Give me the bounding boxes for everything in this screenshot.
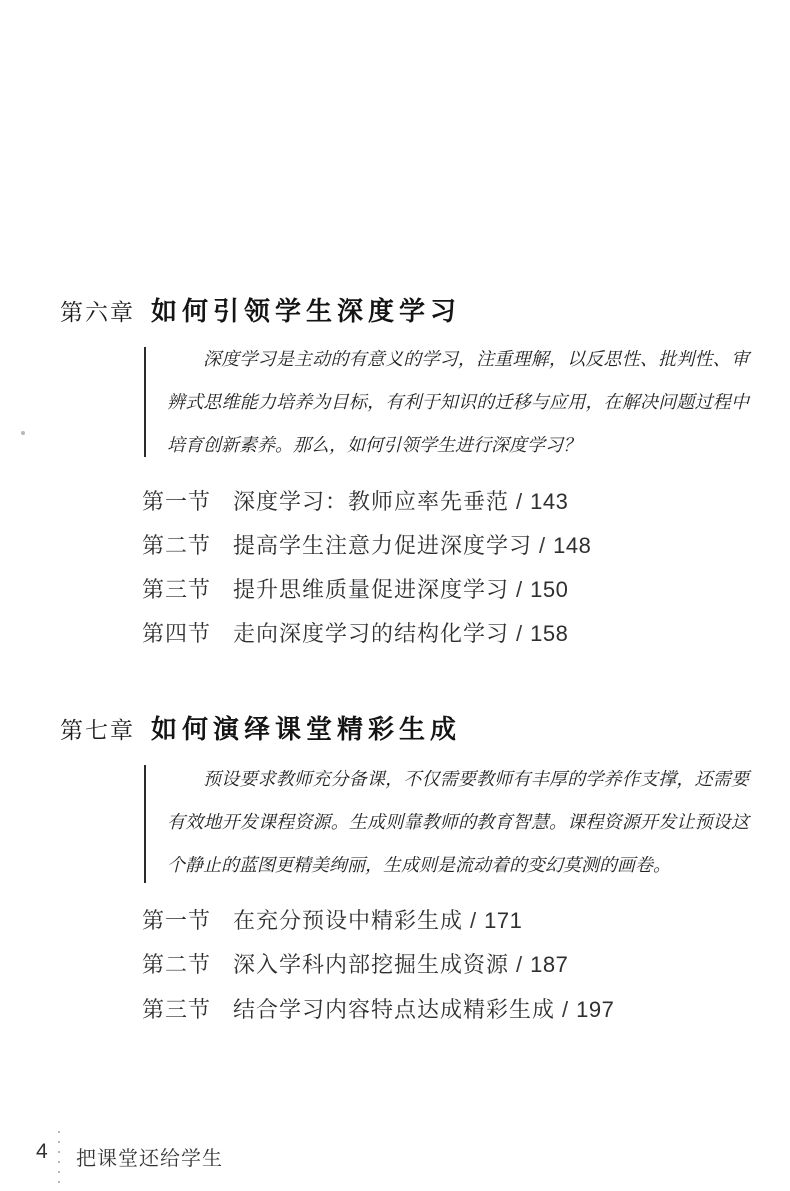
section-page-number: 143 [530, 489, 568, 514]
section-number: 第三节 [142, 577, 211, 602]
section-number: 第一节 [142, 908, 211, 933]
page-separator: / [562, 997, 569, 1022]
footer-book-title: 把课堂还给学生 [76, 1142, 223, 1171]
section-title: 深度学习：教师应率先垂范 [233, 489, 509, 514]
scan-speck [21, 431, 25, 435]
section-number: 第四节 [142, 621, 211, 646]
chapter-6-section-4: 第四节走向深度学习的结构化学习/158 [142, 617, 568, 648]
section-title: 提高学生注意力促进深度学习 [233, 533, 532, 558]
page-separator: / [470, 908, 477, 933]
chapter-6-heading: 第六章如何引领学生深度学习 [60, 291, 461, 328]
chapter-7-section-3: 第三节结合学习内容特点达成精彩生成/197 [142, 993, 614, 1024]
section-page-number: 171 [484, 908, 522, 933]
chapter-7-section-2: 第二节深入学科内部挖掘生成资源/187 [142, 948, 568, 979]
section-title: 在充分预设中精彩生成 [233, 908, 463, 933]
chapter-6-section-1: 第一节深度学习：教师应率先垂范/143 [142, 485, 568, 516]
section-number: 第三节 [142, 997, 211, 1022]
chapter-6-label: 第六章 [60, 300, 135, 325]
section-title: 提升思维质量促进深度学习 [233, 577, 509, 602]
section-number: 第二节 [142, 533, 211, 558]
chapter-6-intro-bar [144, 347, 146, 457]
section-number: 第二节 [142, 952, 211, 977]
chapter-6-title: 如何引领学生深度学习 [151, 297, 461, 326]
section-page-number: 150 [530, 577, 568, 602]
page-separator: / [516, 952, 523, 977]
section-title: 走向深度学习的结构化学习 [233, 621, 509, 646]
page-separator: / [516, 621, 523, 646]
chapter-7-intro: 预设要求教师充分备课，不仅需要教师有丰厚的学养作支撑，还需要有效地开发课程资源。… [167, 758, 749, 887]
page-separator: / [539, 533, 546, 558]
page-separator: / [516, 489, 523, 514]
footer-dotted-separator [58, 1131, 60, 1191]
chapter-7-intro-bar [144, 765, 146, 883]
chapter-6-section-2: 第二节提高学生注意力促进深度学习/148 [142, 529, 591, 560]
chapter-7-label: 第七章 [60, 718, 135, 743]
chapter-7-title: 如何演绎课堂精彩生成 [151, 715, 461, 744]
section-number: 第一节 [142, 489, 211, 514]
footer-page-number: 4 [36, 1140, 48, 1164]
section-page-number: 158 [530, 621, 568, 646]
section-page-number: 187 [530, 952, 568, 977]
section-page-number: 197 [576, 997, 614, 1022]
page-separator: / [516, 577, 523, 602]
book-toc-page: 第六章如何引领学生深度学习 深度学习是主动的有意义的学习，注重理解，以反思性、批… [0, 0, 790, 1191]
chapter-7-heading: 第七章如何演绎课堂精彩生成 [60, 709, 461, 746]
section-title: 深入学科内部挖掘生成资源 [233, 952, 509, 977]
section-page-number: 148 [553, 533, 591, 558]
chapter-6-intro: 深度学习是主动的有意义的学习，注重理解，以反思性、批判性、审辨式思维能力培养为目… [167, 338, 749, 467]
section-title: 结合学习内容特点达成精彩生成 [233, 997, 555, 1022]
chapter-7-section-1: 第一节在充分预设中精彩生成/171 [142, 904, 522, 935]
chapter-6-section-3: 第三节提升思维质量促进深度学习/150 [142, 573, 568, 604]
